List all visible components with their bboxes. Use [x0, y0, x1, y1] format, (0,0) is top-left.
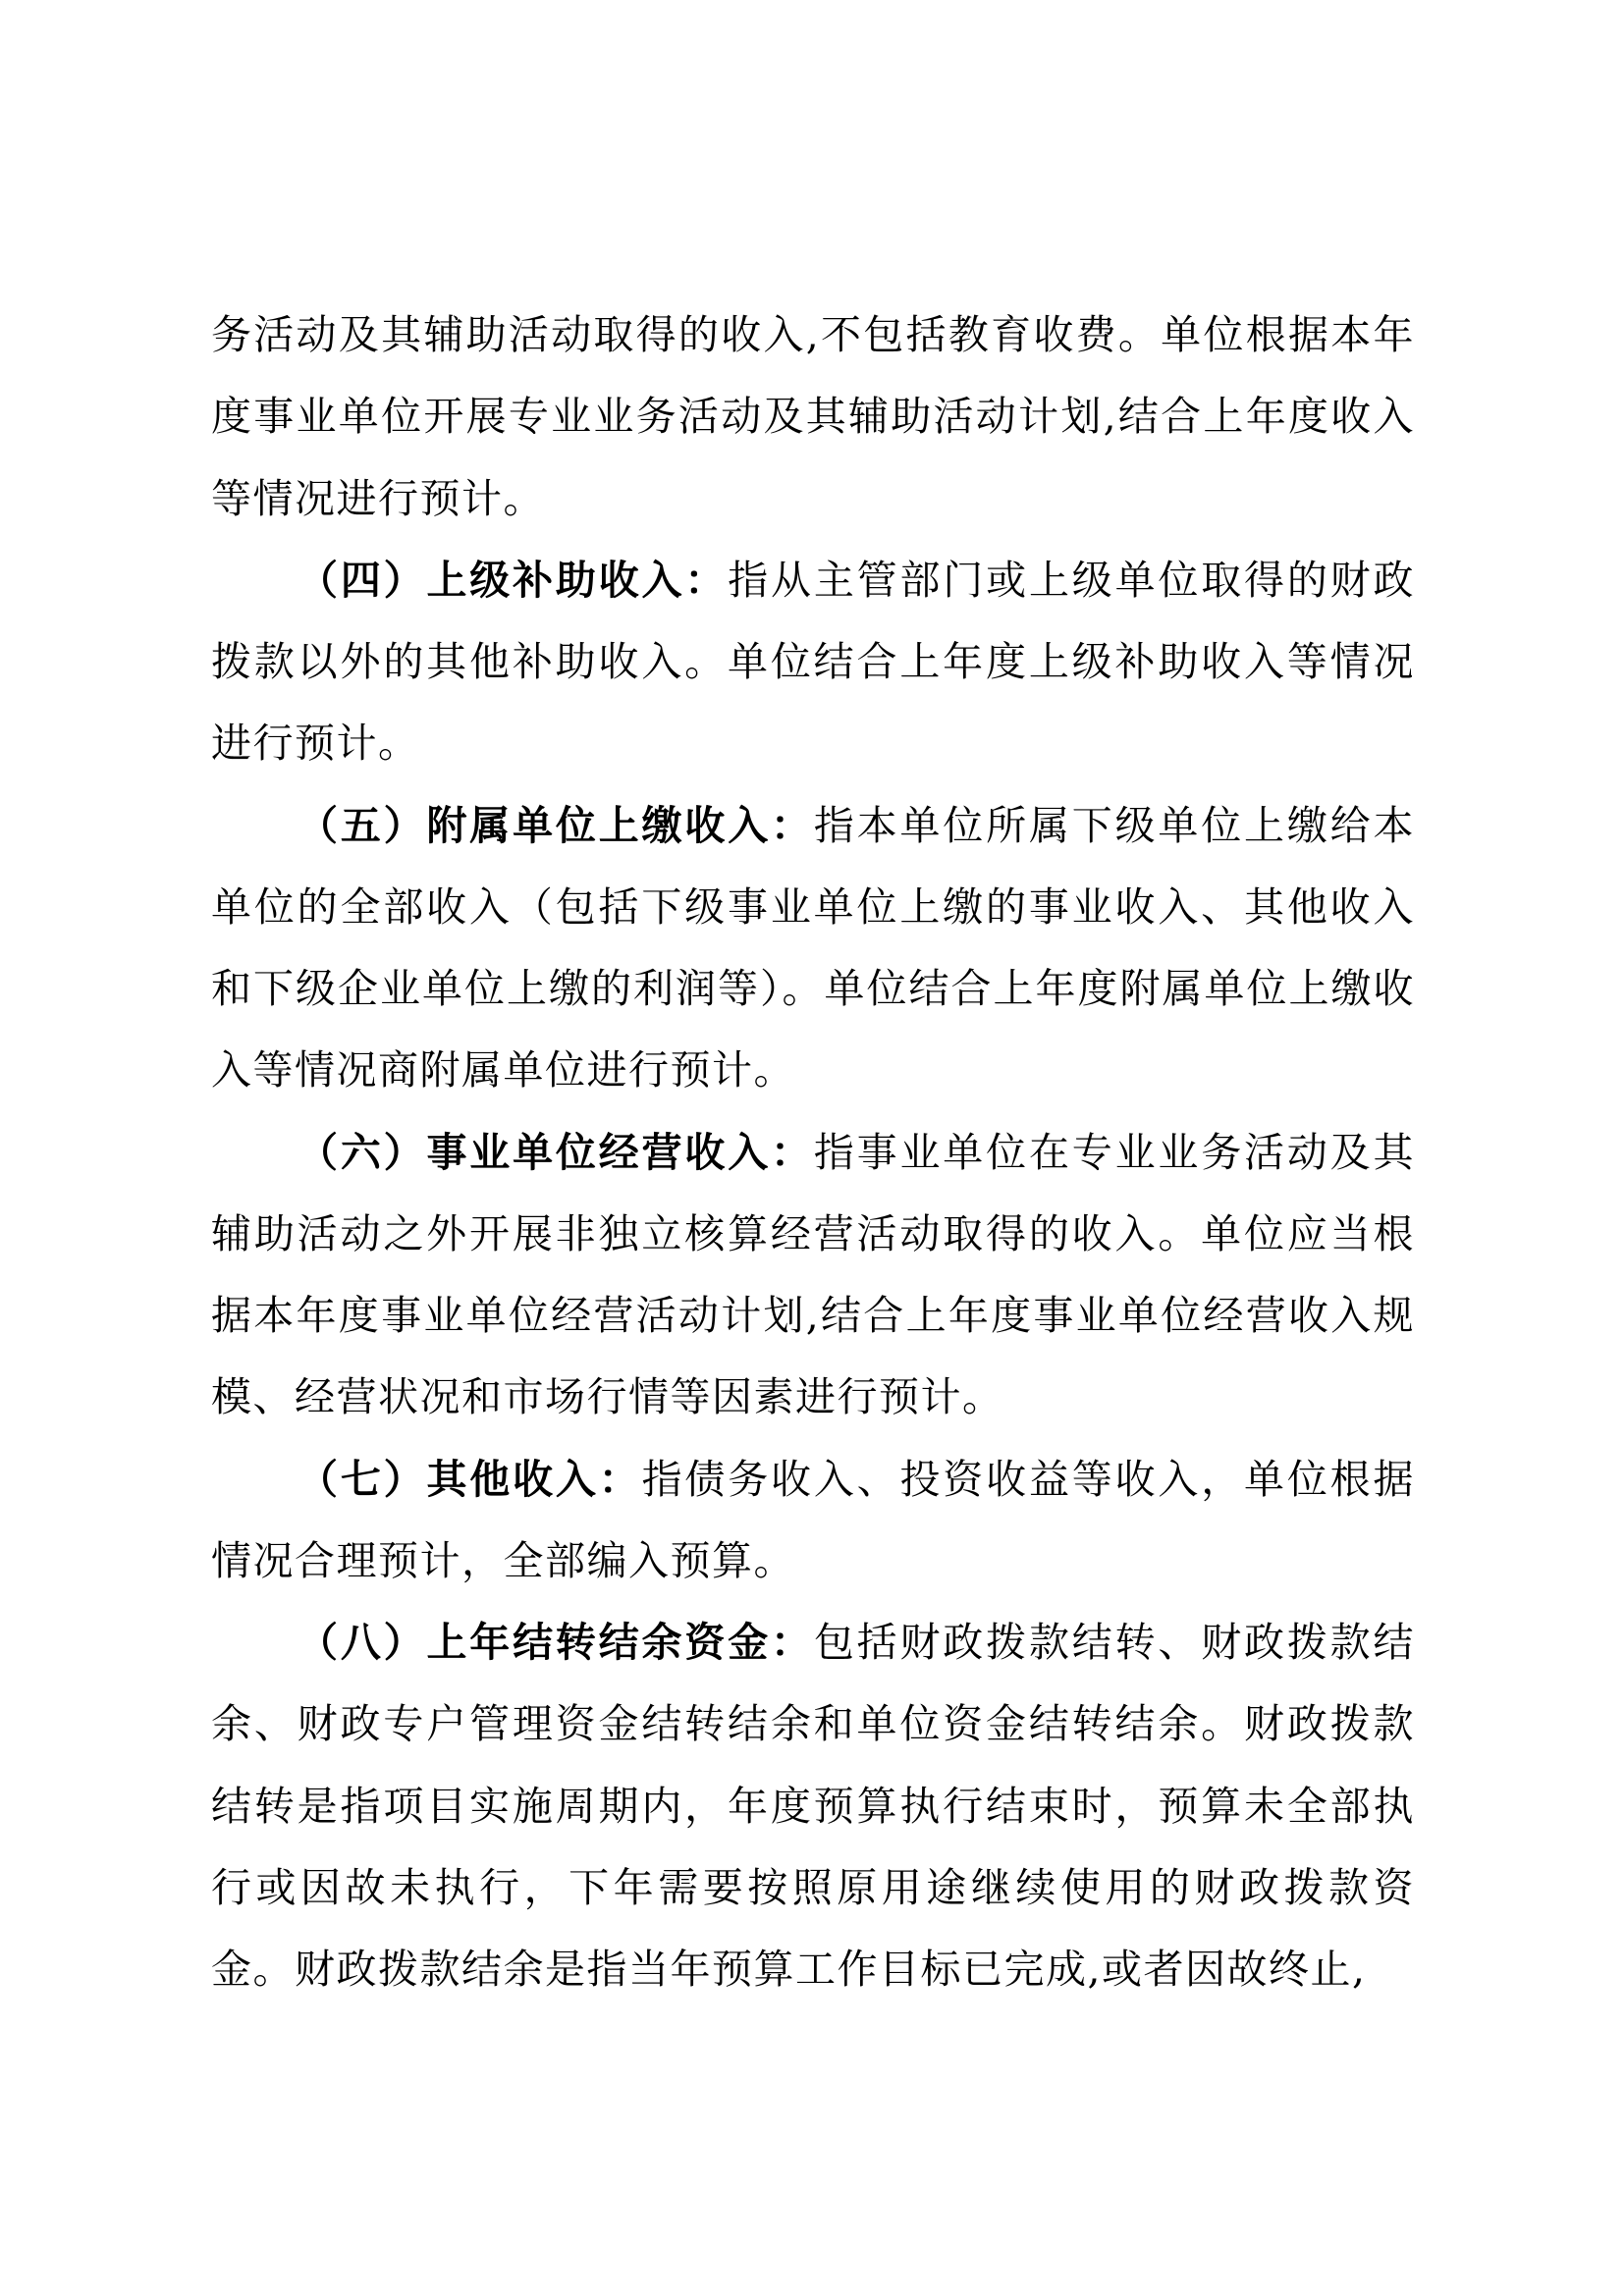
paragraph-continued-income: 务活动及其辅助活动取得的收入,不包括教育收费。单位根据本年度事业单位开展专业业务… [211, 294, 1415, 540]
section-heading: （六）事业单位经营收入： [298, 1129, 814, 1176]
section-heading: （八）上年结转结余资金： [298, 1619, 814, 1666]
document-page: 务活动及其辅助活动取得的收入,不包括教育收费。单位根据本年度事业单位开展专业业务… [211, 294, 1415, 2010]
section-heading: （七）其他收入： [298, 1456, 642, 1503]
paragraph-business-operating-income: （六）事业单位经营收入：指事业单位在专业业务活动及其辅助活动之外开展非独立核算经… [211, 1112, 1415, 1439]
section-heading: （五）附属单位上缴收入： [298, 802, 814, 849]
paragraph-body: 包括财政拨款结转、财政拨款结余、财政专户管理资金结转结余和单位资金结转结余。财政… [211, 1619, 1415, 1993]
section-heading: （四）上级补助收入： [298, 557, 728, 604]
paragraph-other-income: （七）其他收入：指债务收入、投资收益等收入，单位根据情况合理预计，全部编入预算。 [211, 1439, 1415, 1603]
paragraph-prior-year-carryover: （八）上年结转结余资金：包括财政拨款结转、财政拨款结余、财政专户管理资金结转结余… [211, 1602, 1415, 2010]
paragraph-body: 务活动及其辅助活动取得的收入,不包括教育收费。单位根据本年度事业单位开展专业业务… [211, 311, 1415, 522]
paragraph-affiliated-unit-income: （五）附属单位上缴收入：指本单位所属下级单位上缴给本单位的全部收入（包括下级事业… [211, 785, 1415, 1112]
paragraph-superior-subsidy-income: （四）上级补助收入：指从主管部门或上级单位取得的财政拨款以外的其他补助收入。单位… [211, 540, 1415, 785]
